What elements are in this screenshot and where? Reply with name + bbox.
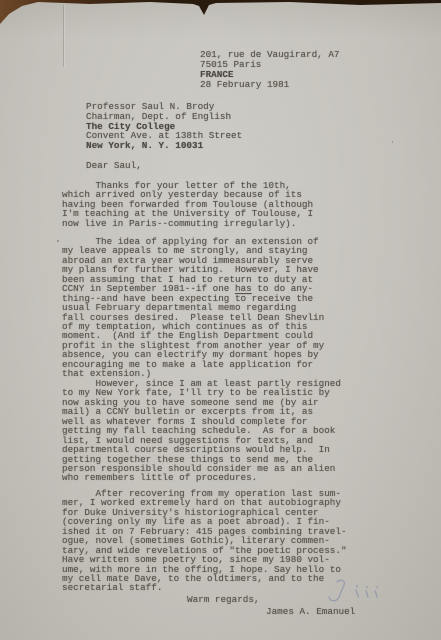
return-address-block: 201, rue de Vaugirard, A775015 ParisFRAN…: [200, 50, 339, 90]
paper-crease: [63, 5, 64, 67]
paragraph-4: After recovering from my operation last …: [62, 489, 347, 593]
paragraph-3: However, since I am at least partly resi…: [62, 379, 341, 483]
paper-speck: [57, 240, 59, 242]
typed-signature: James A. Emanuel: [266, 606, 355, 617]
paragraph-2: The idea of applying for an extension of…: [62, 237, 324, 379]
photo-of-letter: { "page": { "title": "Typed letter, 28 F…: [0, 0, 441, 640]
recipient-address-block: Professor Saul N. BrodyChairman, Dept. o…: [86, 102, 242, 151]
letter-paper: 201, rue de Vaugirard, A775015 ParisFRAN…: [0, 0, 441, 640]
closing-line: Warm regards,: [187, 594, 260, 605]
salutation: Dear Saul,: [86, 160, 142, 171]
paragraph-1: Thanks for your letter of the 10th,which…: [62, 181, 313, 228]
paper-speck: [392, 141, 393, 143]
handwritten-signature: [323, 577, 395, 605]
